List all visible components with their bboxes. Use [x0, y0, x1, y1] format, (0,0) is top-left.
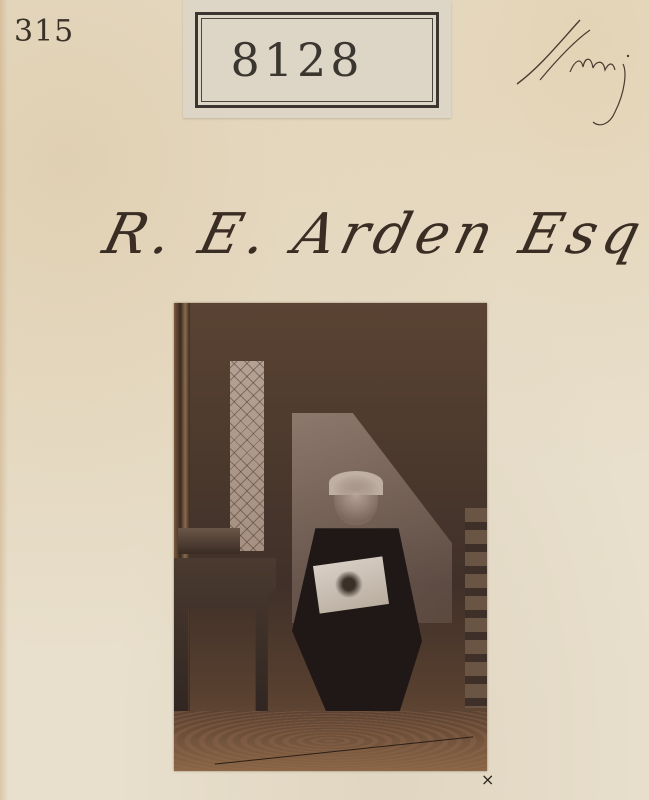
- catalogue-label-slip: 8128: [183, 0, 451, 118]
- handwritten-maij-icon: [515, 12, 645, 132]
- sitter-name: R. E. Arden Esq: [97, 202, 649, 267]
- album-page-gutter: [0, 0, 8, 800]
- page-number: 315: [14, 14, 74, 49]
- handwritten-caption: R. E. Arden Esq: [65, 180, 645, 290]
- cross-mark: ×: [481, 770, 494, 789]
- newspaper: [313, 556, 389, 613]
- carte-de-visite-photograph: [174, 303, 487, 771]
- catalogue-label-border: 8128: [195, 12, 439, 108]
- carved-pillar: [465, 508, 487, 708]
- catalogue-label-inner-border: 8128: [201, 18, 433, 102]
- handwritten-corner-annotation: [515, 12, 645, 132]
- leaded-window: [230, 361, 264, 551]
- casket-on-table: [178, 528, 240, 554]
- sitter-body: [292, 518, 422, 723]
- sitter-hair: [329, 471, 383, 495]
- catalogue-number: 8128: [230, 33, 363, 87]
